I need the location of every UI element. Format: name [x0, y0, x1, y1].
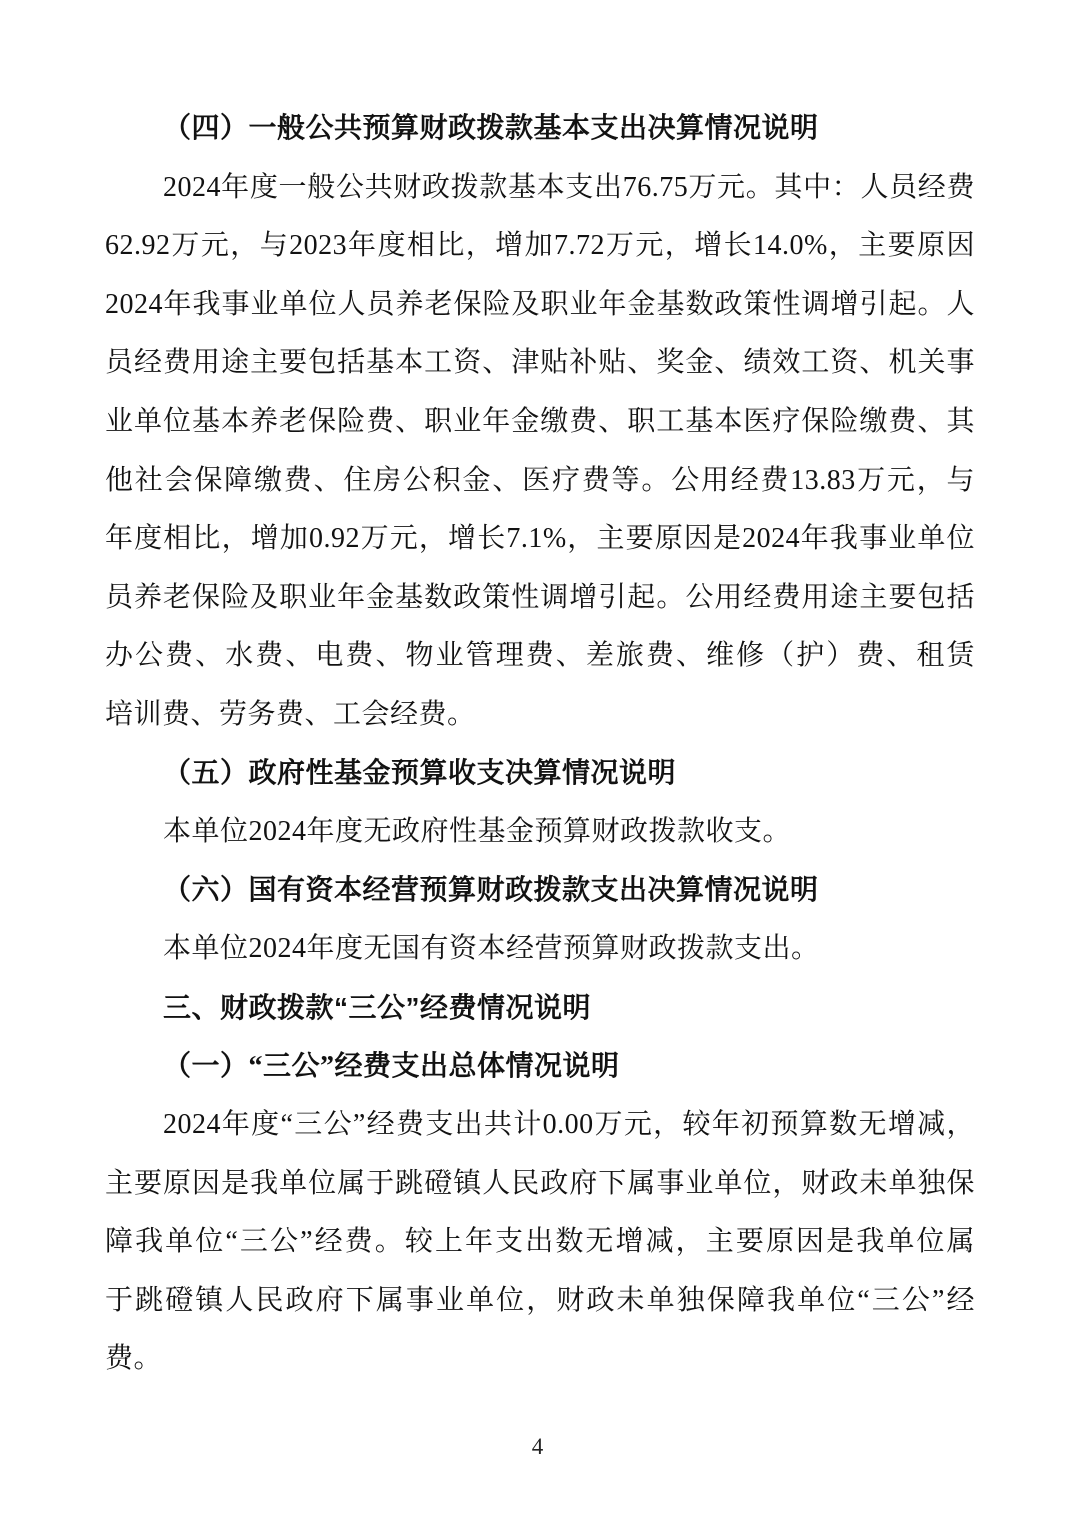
para-sangong-line: 主要原因是我单位属于跳磴镇人民政府下属事业单位，财政未单独保 — [105, 1155, 975, 1214]
para-basic-expenditure-line: 年度相比，增加0.92万元，增长7.1%，主要原因是2024年我事业单位人 — [105, 510, 975, 569]
page-number: 4 — [0, 1432, 1075, 1462]
para-basic-expenditure-line: 业单位基本养老保险费、职业年金缴费、职工基本医疗保险缴费、其 — [105, 393, 975, 452]
para-govfund-line: 本单位2024年度无政府性基金预算财政拨款收支。 — [105, 803, 975, 862]
para-basic-expenditure-line: 员经费用途主要包括基本工资、津贴补贴、奖金、绩效工资、机关事 — [105, 334, 975, 393]
para-sangong-line: 于跳磴镇人民政府下属事业单位，财政未单独保障我单位“三公”经 — [105, 1272, 975, 1331]
para-basic-expenditure-line: 办公费、水费、电费、物业管理费、差旅费、维修（护）费、租赁费、 — [105, 627, 975, 686]
para-sangong-line: 费。 — [105, 1330, 975, 1389]
para-basic-expenditure-line: 2024年我事业单位人员养老保险及职业年金基数政策性调增引起。人 — [105, 276, 975, 335]
para-basic-expenditure-line: 培训费、劳务费、工会经费。 — [105, 686, 975, 745]
document-page: （四）一般公共预算财政拨款基本支出决算情况说明 2024年度一般公共财政拨款基本… — [0, 0, 1075, 1520]
para-statecapital-line: 本单位2024年度无国有资本经营预算财政拨款支出。 — [105, 920, 975, 979]
para-basic-expenditure-line: 62.92万元，与2023年度相比，增加7.72万元，增长14.0%，主要原因是 — [105, 217, 975, 276]
para-basic-expenditure-line: 员养老保险及职业年金基数政策性调增引起。公用经费用途主要包括 — [105, 569, 975, 628]
heading-sec1-sangong: （一）“三公”经费支出总体情况说明 — [105, 1038, 975, 1097]
para-sangong-line: 2024年度“三公”经费支出共计0.00万元，较年初预算数无增减， — [105, 1096, 975, 1155]
heading-sec5: （五）政府性基金预算收支决算情况说明 — [105, 745, 975, 804]
heading-sec4: （四）一般公共预算财政拨款基本支出决算情况说明 — [105, 100, 975, 159]
para-sangong-line: 障我单位“三公”经费。较上年支出数无增减，主要原因是我单位属 — [105, 1213, 975, 1272]
heading-part3: 三、财政拨款“三公”经费情况说明 — [105, 979, 975, 1038]
heading-sec6: （六）国有资本经营预算财政拨款支出决算情况说明 — [105, 862, 975, 921]
para-basic-expenditure-line: 2024年度一般公共财政拨款基本支出76.75万元。其中：人员经费 — [105, 159, 975, 218]
para-basic-expenditure-line: 他社会保障缴费、住房公积金、医疗费等。公用经费13.83万元，与2023 — [105, 452, 975, 511]
